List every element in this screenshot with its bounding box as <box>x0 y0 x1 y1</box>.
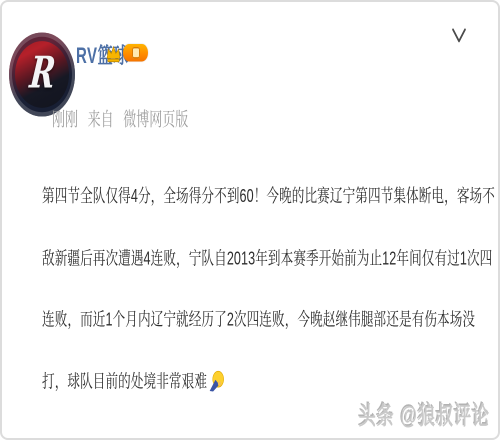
post-line: 连败，而近1个月内辽宁就经历了2次四连败，今晚赵继伟腿部还是有伤本场没 <box>42 289 492 351</box>
card-content: R RV篮球 刚刚 来自 微博网页版 第四节全队 <box>2 2 498 438</box>
post-line: 第四节全队仅得4分，全场得分不到60！今晚的比赛辽宁第四节集体断电，客场不 <box>42 166 492 228</box>
facepalm-emoji-icon <box>208 355 225 377</box>
from-label: 来自 <box>88 108 114 130</box>
post-line: 敌新疆后再次遭遇4连败，宁队自2013年到本赛季开始前为止12年间仅有过1次四 <box>42 227 492 289</box>
vip-level-badge[interactable] <box>123 44 148 61</box>
post-line-text: 打，球队目前的处境非常艰难 <box>42 371 207 391</box>
source-link[interactable]: 微博网页版 <box>123 108 188 130</box>
vip-level-glyph <box>132 47 140 59</box>
chevron-down-icon[interactable] <box>450 25 468 45</box>
avatar-letter: R <box>27 53 56 97</box>
post-meta: 刚刚 来自 微博网页版 <box>52 104 194 132</box>
watermark: 头条 @狼叔评论 <box>359 395 490 431</box>
timestamp[interactable]: 刚刚 <box>52 108 78 130</box>
weibo-post-card: R RV篮球 刚刚 来自 微博网页版 第四节全队 <box>0 0 500 440</box>
post-body: 第四节全队仅得4分，全场得分不到60！今晚的比赛辽宁第四节集体断电，客场不 敌新… <box>42 166 492 413</box>
vip-crown-icon[interactable] <box>106 44 121 61</box>
